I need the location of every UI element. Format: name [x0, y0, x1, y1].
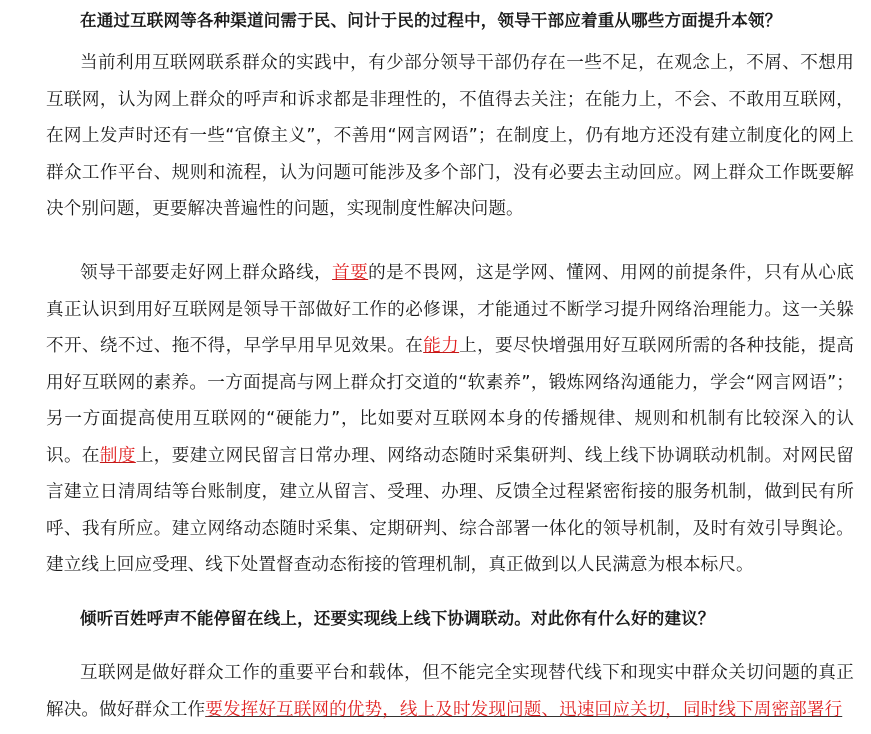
question-heading-1: 在通过互联网等各种渠道问需于民、问计于民的过程中，领导干部应着重从哪些方面提升本…	[46, 10, 781, 32]
text-segment: 领导干部要走好网上群众路线，	[80, 263, 332, 283]
keyword-link-nengli[interactable]: 能力	[423, 336, 459, 356]
answer-paragraph-3: 互联网是做好群众工作的重要平台和载体，但不能完全实现替代线下和现实中群众关切问题…	[46, 655, 854, 728]
question-heading-2: 倾听百姓呼声不能停留在线上，还要实现线上线下协调联动。对此你有什么好的建议？	[46, 608, 715, 630]
text-segment: 上，要建立网民留言日常办理、网络动态随时采集研判、线上线下协调联动机制。对网民留…	[46, 446, 854, 576]
answer-paragraph-2: 领导干部要走好网上群众路线，首要的是不畏网，这是学网、懂网、用网的前提条件，只有…	[46, 255, 854, 584]
keyword-link-shouyao[interactable]: 首要	[332, 263, 368, 283]
highlighted-link-text[interactable]: 要发挥好互联网的优势，线上及时发现问题、迅速回应关切，同时线下周密部署行	[205, 700, 842, 720]
answer-paragraph-1: 当前利用互联网联系群众的实践中，有少部分领导干部仍存在一些不足，在观念上，不屑、…	[46, 45, 854, 228]
keyword-link-zhidu[interactable]: 制度	[100, 446, 136, 466]
